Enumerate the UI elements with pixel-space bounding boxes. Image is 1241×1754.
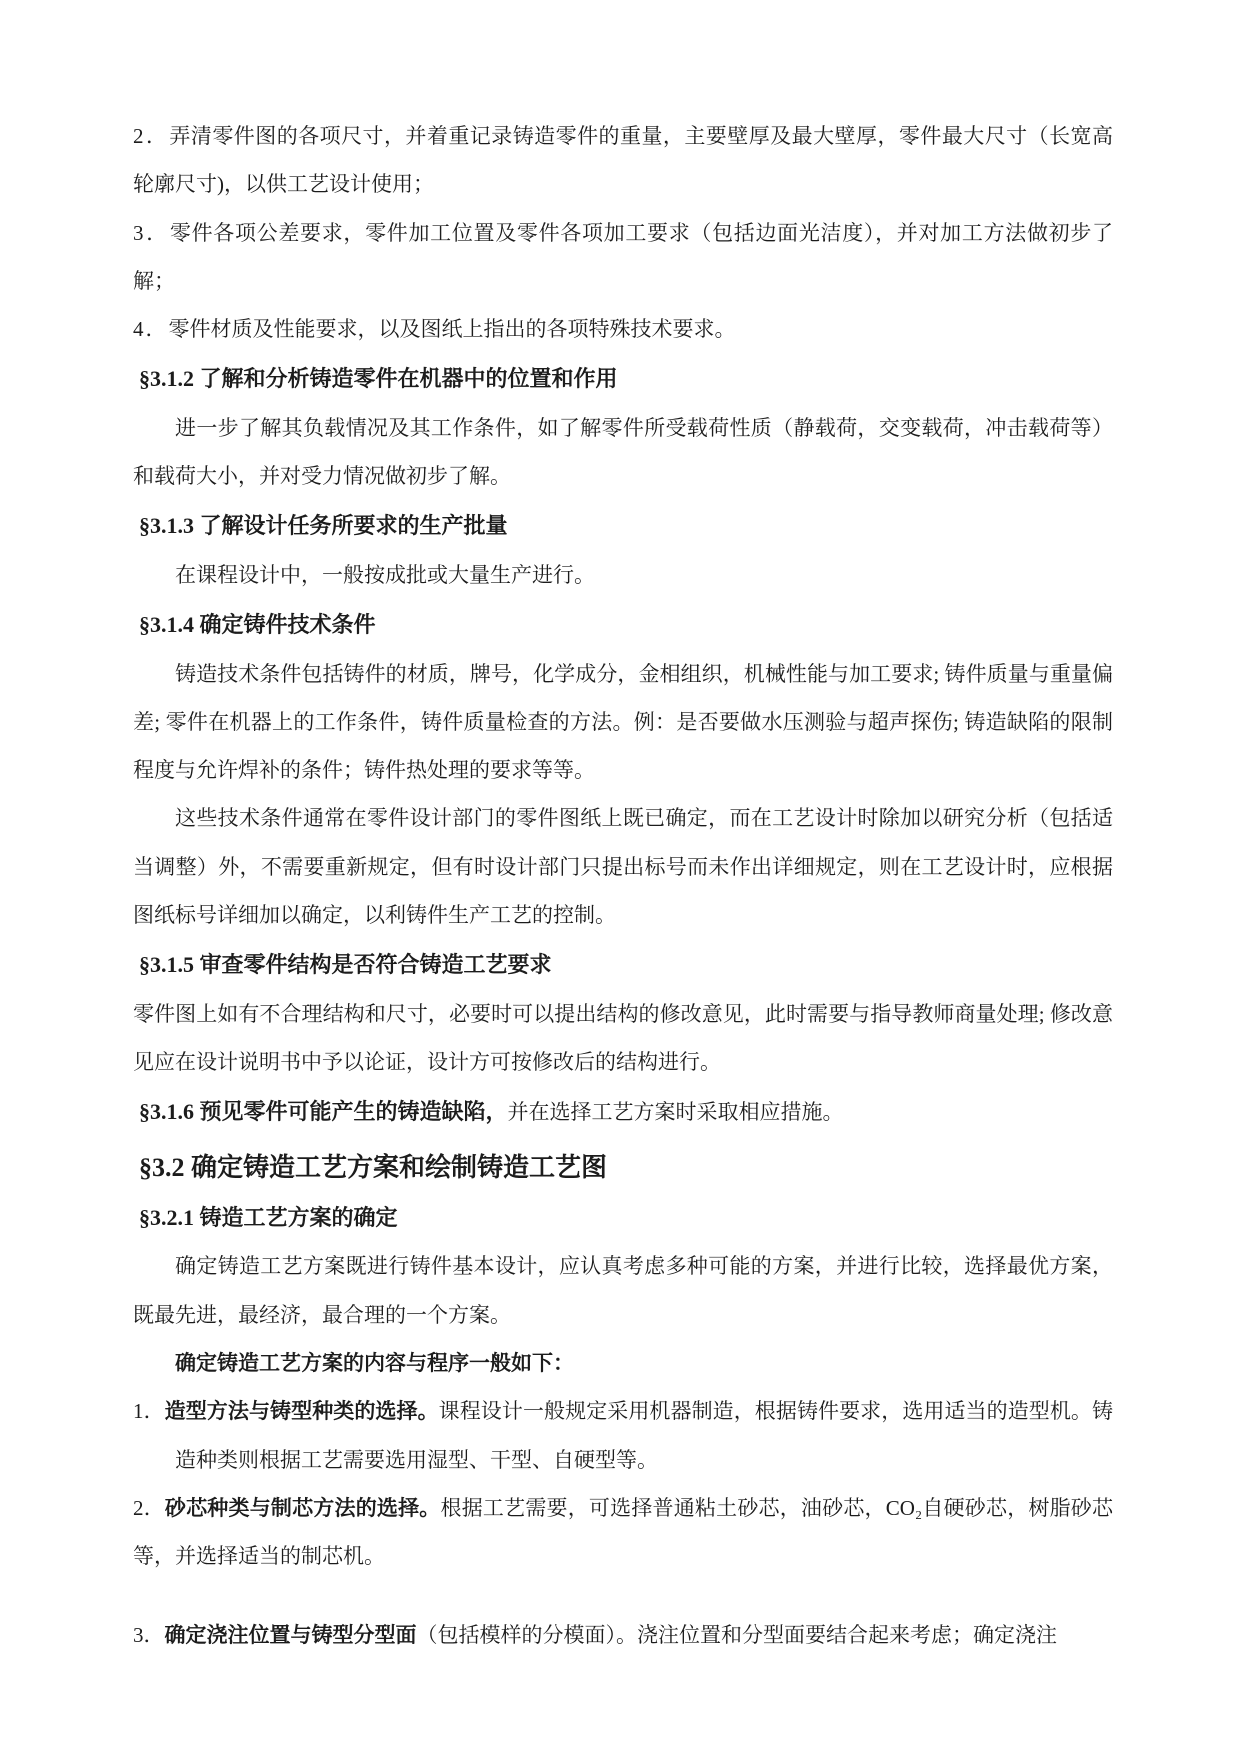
heading-3-1-6-rest: 并在选择工艺方案时采取相应措施。 — [508, 1100, 844, 1124]
paragraph-3-1-3: 在课程设计中，一般按成批或大量生产进行。 — [133, 551, 1113, 599]
heading-3-2-1: §3.2.1 铸造工艺方案的确定 — [139, 1194, 1113, 1242]
list-item-number: 3． — [133, 221, 170, 245]
document-body: 2．弄清零件图的各项尺寸，并着重记录铸造零件的重量，主要壁厚及最大壁厚，零件最大… — [133, 112, 1113, 1659]
step-item-1: 1．造型方法与铸型种类的选择。课程设计一般规定采用机器制造，根据铸件要求，选用适… — [133, 1387, 1113, 1484]
paragraph-3-1-4a: 铸造技术条件包括铸件的材质，牌号，化学成分，金相组织，机械性能与加工要求; 铸件… — [133, 650, 1113, 795]
list-item-number: 2． — [133, 124, 169, 148]
paragraph-3-1-5: 零件图上如有不合理结构和尺寸，必要时可以提出结构的修改意见，此时需要与指导教师商… — [133, 990, 1113, 1087]
heading-3-1-4: §3.1.4 确定铸件技术条件 — [139, 601, 1113, 649]
step-item-2: 2．砂芯种类与制芯方法的选择。根据工艺需要，可选择普通粘土砂芯，油砂芯，CO₂自… — [133, 1484, 1113, 1581]
step-text: （包括模样的分模面）。浇注位置和分型面要结合起来考虑；确定浇注 — [417, 1623, 1058, 1647]
step-lead: 砂芯种类与制芯方法的选择。 — [165, 1496, 441, 1520]
step-number: 1． — [133, 1399, 165, 1423]
heading-3-1-6-bold: §3.1.6 预见零件可能产生的铸造缺陷， — [139, 1099, 508, 1124]
paragraph-3-2-1: 确定铸造工艺方案既进行铸件基本设计，应认真考虑多种可能的方案，并进行比较，选择最… — [133, 1242, 1113, 1339]
step-lead: 造型方法与铸型种类的选择。 — [165, 1399, 439, 1423]
step-number: 3． — [133, 1623, 165, 1647]
heading-3-1-2: §3.1.2 了解和分析铸造零件在机器中的位置和作用 — [139, 355, 1113, 403]
step-item-3: 3．确定浇注位置与铸型分型面（包括模样的分模面）。浇注位置和分型面要结合起来考虑… — [133, 1611, 1113, 1659]
list-item-4: 4．零件材质及性能要求，以及图纸上指出的各项特殊技术要求。 — [133, 305, 1113, 353]
list-item-3: 3．零件各项公差要求，零件加工位置及零件各项加工要求（包括边面光洁度），并对加工… — [133, 209, 1113, 306]
paragraph-3-1-2: 进一步了解其负载情况及其工作条件，如了解零件所受载荷性质（静载荷，交变载荷，冲击… — [133, 404, 1113, 501]
heading-3-2: §3.2 确定铸造工艺方案和绘制铸造工艺图 — [139, 1143, 1113, 1192]
list-item-text: 零件材质及性能要求，以及图纸上指出的各项特殊技术要求。 — [169, 317, 736, 341]
paragraph-program-intro: 确定铸造工艺方案的内容与程序一般如下： — [133, 1339, 1113, 1387]
step-number: 2． — [133, 1496, 165, 1520]
heading-3-1-6: §3.1.6 预见零件可能产生的铸造缺陷，并在选择工艺方案时采取相应措施。 — [139, 1088, 1113, 1136]
list-item-text: 零件各项公差要求，零件加工位置及零件各项加工要求（包括边面光洁度），并对加工方法… — [133, 221, 1113, 293]
document-page: 2．弄清零件图的各项尺寸，并着重记录铸造零件的重量，主要壁厚及最大壁厚，零件最大… — [0, 0, 1241, 1754]
heading-3-1-3: §3.1.3 了解设计任务所要求的生产批量 — [139, 502, 1113, 550]
step-lead: 确定浇注位置与铸型分型面 — [165, 1623, 417, 1647]
list-item-text: 弄清零件图的各项尺寸，并着重记录铸造零件的重量，主要壁厚及最大壁厚，零件最大尺寸… — [133, 124, 1113, 196]
heading-3-1-5: §3.1.5 审查零件结构是否符合铸造工艺要求 — [139, 941, 1113, 989]
paragraph-3-1-4b: 这些技术条件通常在零件设计部门的零件图纸上既已确定，而在工艺设计时除加以研究分析… — [133, 794, 1113, 939]
list-item-number: 4． — [133, 317, 169, 341]
list-item-2: 2．弄清零件图的各项尺寸，并着重记录铸造零件的重量，主要壁厚及最大壁厚，零件最大… — [133, 112, 1113, 209]
